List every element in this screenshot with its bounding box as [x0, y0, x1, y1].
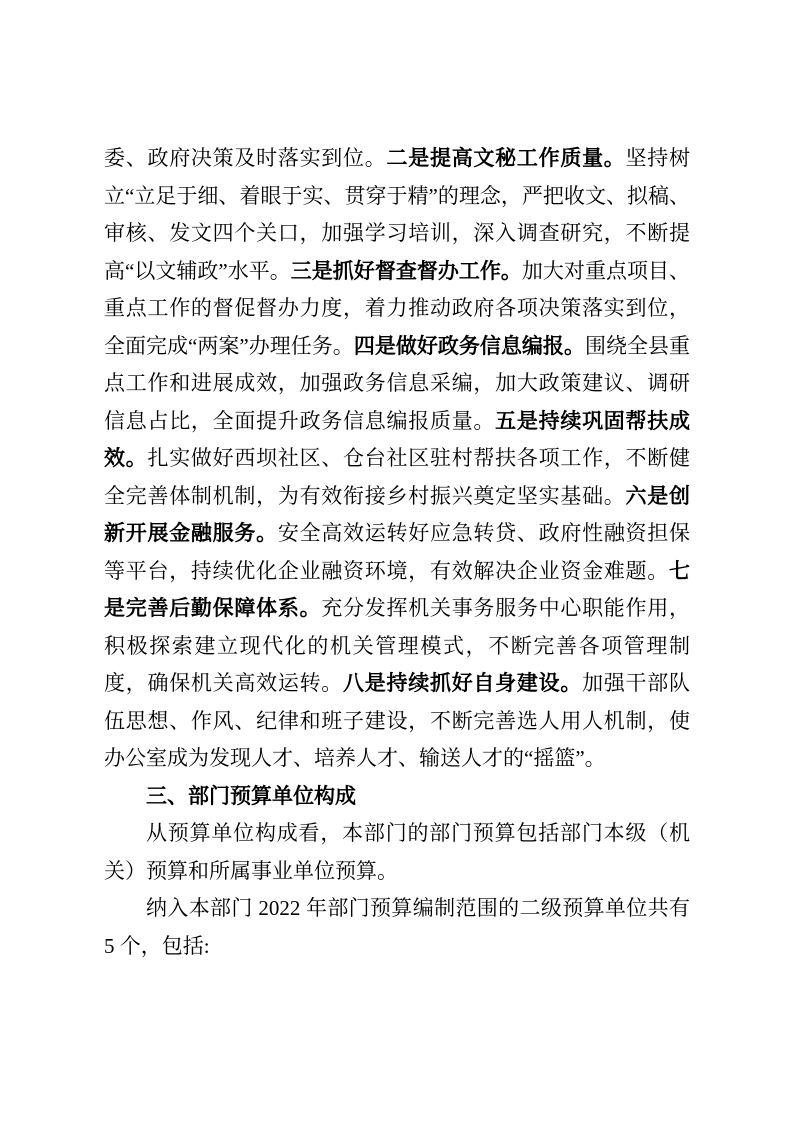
paragraph-budget-unit-count: 纳入本部门 2022 年部门预算编制范围的二级预算单位共有 5 个，包括:: [104, 890, 690, 965]
text-run-bold: 三是抓好督查督办工作。: [291, 259, 522, 283]
document-page: 委、政府决策及时落实到位。二是提高文秘工作质量。坚持树立“立足于细、着眼于实、贯…: [0, 0, 793, 1122]
text-run-bold: 八是持续抓好自身建设。: [343, 671, 582, 695]
text-run-bold: 四是做好政务信息编报。: [354, 334, 585, 358]
paragraph-budget-composition: 从预算单位构成看，本部门的部门预算包括部门本级（机关）预算和所属事业单位预算。: [104, 815, 690, 890]
body-text: 委、政府决策及时落实到位。二是提高文秘工作质量。坚持树立“立足于细、着眼于实、贯…: [104, 140, 690, 965]
paragraph-work-items: 委、政府决策及时落实到位。二是提高文秘工作质量。坚持树立“立足于细、着眼于实、贯…: [104, 140, 690, 778]
text-run: 委、政府决策及时落实到位。: [104, 146, 387, 170]
section-heading-budget-units: 三、部门预算单位构成: [104, 778, 690, 816]
text-run-bold: 二是提高文秘工作质量。: [387, 146, 626, 170]
text-run: 扎实做好西坝社区、仓台社区驻村帮扶各项工作，不断健全完善体制机制，为有效衔接乡村…: [104, 446, 690, 508]
